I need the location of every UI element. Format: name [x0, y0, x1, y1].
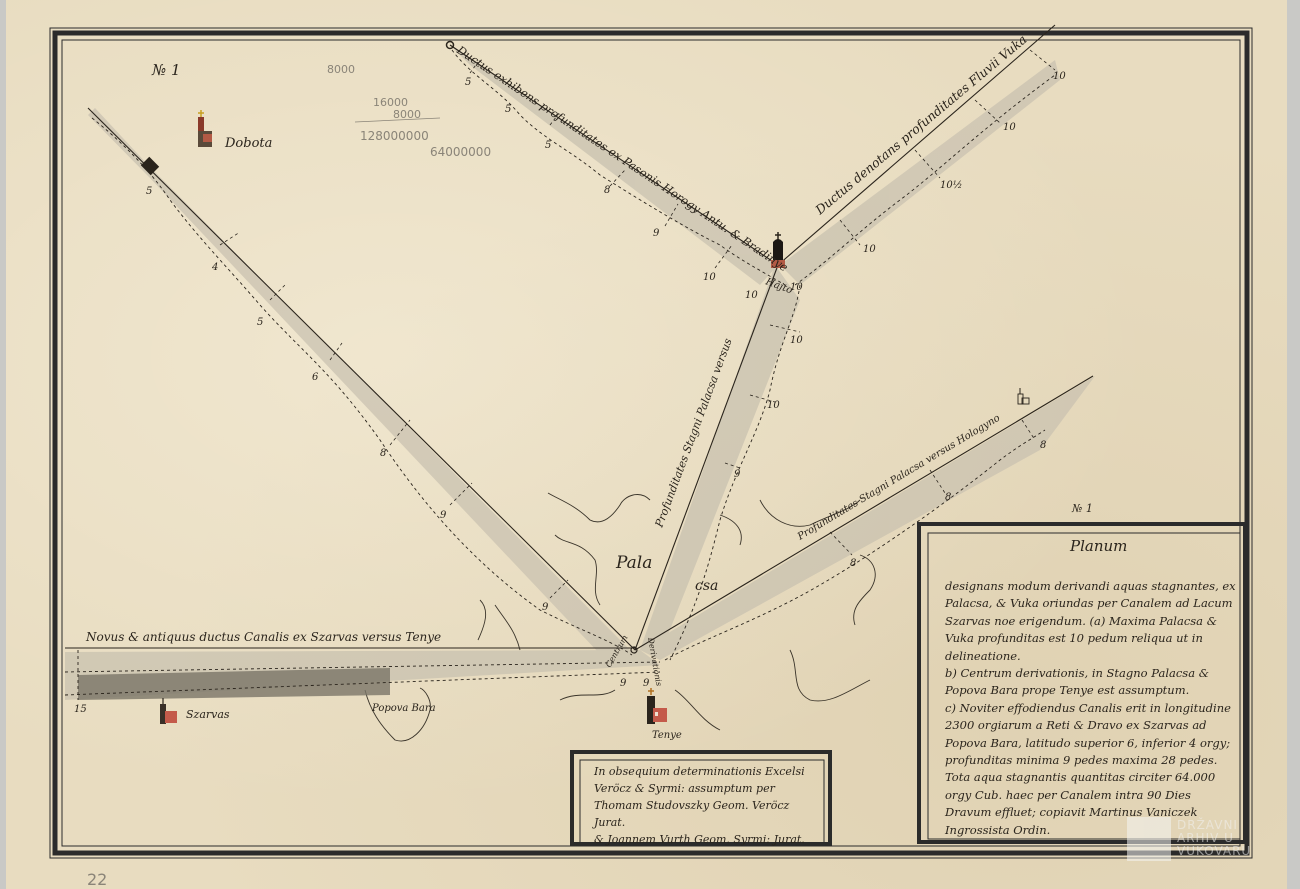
- dedication-line: & Joannem Vurth Geom. Syrmi: Jurat.: [594, 831, 822, 848]
- cross-sections: [220, 50, 1055, 598]
- place-palacsa-end: csa: [695, 578, 718, 594]
- svg-text:9: 9: [440, 510, 447, 521]
- svg-text:9: 9: [542, 602, 549, 613]
- church-icon-dobota: [198, 110, 212, 147]
- svg-text:10: 10: [767, 400, 780, 411]
- legend-paragraph-a: designans modum derivandi aquas stagnant…: [945, 578, 1240, 665]
- church-icon-szarvas: [160, 698, 177, 724]
- canal-label-west: Novus & antiquus ductus Canalis ex Szarv…: [85, 630, 441, 644]
- dedication-line: In obsequium determinationis Excelsi: [594, 763, 822, 780]
- svg-text:8: 8: [1040, 440, 1046, 451]
- svg-text:10: 10: [1003, 122, 1016, 133]
- svg-text:8: 8: [380, 448, 386, 459]
- legend-body: designans modum derivandi aquas stagnant…: [945, 578, 1240, 839]
- place-tenye: Tenye: [652, 730, 682, 741]
- church-icon-tenye: [647, 688, 667, 724]
- svg-text:9: 9: [620, 678, 627, 689]
- depth-label-szarvas: 15: [74, 704, 87, 715]
- canal-washes: [65, 45, 1095, 700]
- sheet-number: № 1: [151, 61, 181, 79]
- dedication-body: In obsequium determinationis Excelsi Ver…: [594, 763, 822, 848]
- church-icon-hologyno: [1018, 388, 1029, 404]
- place-dobota: Dobota: [224, 136, 272, 151]
- svg-text:9: 9: [643, 678, 650, 689]
- svg-text:10: 10: [790, 335, 803, 346]
- depth-labels-west: 5 4 5 6 8 9 9: [146, 186, 549, 613]
- dedication-line: Veröcz & Syrmi: assumptum per: [594, 780, 822, 797]
- archive-logo-icon: [1127, 817, 1171, 861]
- archive-watermark: DRŽAVNI ARHIV U VUKOVARU: [1125, 815, 1295, 865]
- place-popova-bara: Popova Bara: [371, 703, 436, 714]
- depth-labels-center: 9 9: [620, 678, 650, 689]
- svg-text:10: 10: [745, 290, 758, 301]
- place-szarvas: Szarvas: [186, 708, 230, 721]
- pencil-calc-1: 8000: [327, 63, 355, 76]
- svg-text:6: 6: [312, 372, 319, 383]
- svg-text:5: 5: [257, 317, 263, 328]
- pencil-calc-5: 64000000: [430, 145, 491, 159]
- place-palacsa: Pala: [615, 553, 652, 573]
- svg-text:10: 10: [703, 272, 716, 283]
- legend-number: № 1: [1071, 502, 1093, 515]
- svg-text:5: 5: [146, 186, 152, 197]
- depth-labels-north: 5 5 5 8 9 10 10: [465, 77, 758, 301]
- dedication-line: Thomam Studovszky Geom. Veröcz Jurat.: [594, 797, 822, 831]
- svg-text:10½: 10½: [940, 180, 962, 191]
- bridge-icon: [141, 157, 159, 175]
- svg-text:8: 8: [604, 185, 610, 196]
- svg-text:10: 10: [863, 244, 876, 255]
- svg-text:8: 8: [850, 558, 856, 569]
- svg-text:9: 9: [734, 469, 741, 480]
- svg-text:5: 5: [465, 77, 471, 88]
- archive-name: DRŽAVNI ARHIV U VUKOVARU: [1177, 819, 1251, 858]
- svg-text:9: 9: [653, 228, 660, 239]
- svg-text:10: 10: [790, 282, 803, 293]
- legend-title: Planum: [1070, 537, 1127, 555]
- pencil-calc-4: 128000000: [360, 129, 429, 143]
- legend-paragraph-b: b) Centrum derivationis, in Stagno Palac…: [945, 665, 1240, 700]
- svg-text:5: 5: [545, 140, 551, 151]
- svg-text:10: 10: [1053, 71, 1066, 82]
- svg-text:4: 4: [211, 262, 218, 273]
- page-number: 22: [87, 870, 107, 889]
- svg-text:8: 8: [945, 492, 951, 503]
- pond-outlines: [365, 493, 875, 741]
- svg-text:5: 5: [505, 104, 511, 115]
- canal-label-north: Ductus exhibens profunditates ex Pasonis…: [454, 42, 791, 274]
